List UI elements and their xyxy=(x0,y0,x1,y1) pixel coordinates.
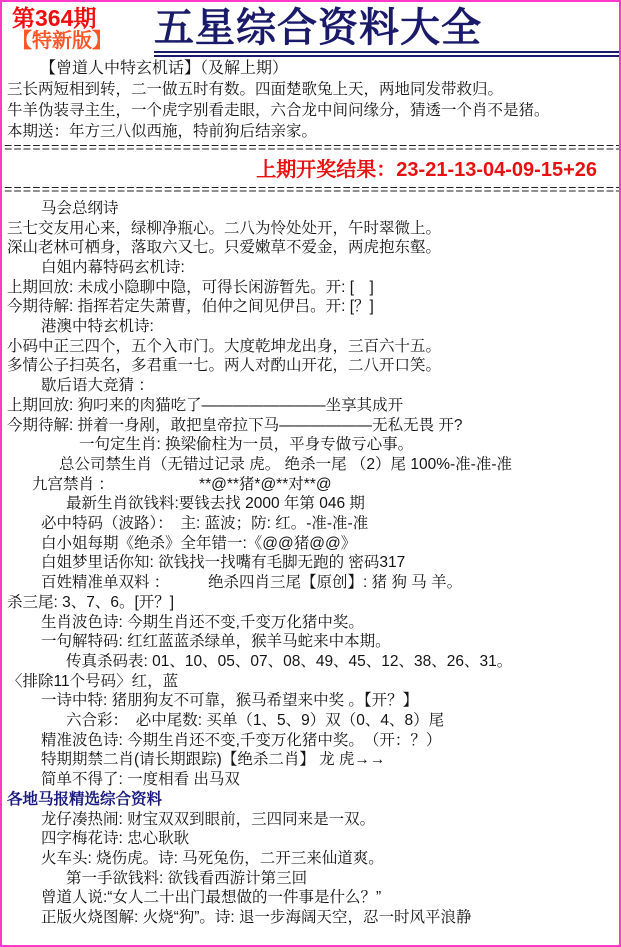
text-line: 一句定生肖: 换梁偷柱为一员，平身专做亏心事。 xyxy=(4,435,619,455)
last-draw-label: 上期开奖结果： xyxy=(256,159,396,181)
page-header: 第364期 【特新版】 五星综合资料大全 xyxy=(4,6,619,57)
text-line: 一诗中特: 猪朋狗友不可靠，猴马希望来中奖 。【开？】 xyxy=(4,691,619,711)
text-line: 传真杀码表: 01、10、05、07、08、49、45、12、38、26、31。 xyxy=(4,652,619,672)
text-line: 特期期禁二肖(请长期跟踪)【绝杀二肖】 龙 虎→→ xyxy=(4,750,619,770)
text-line: 三七交友用心来，绿柳净瓶心。二八为怜处处开，午时翠微上。 xyxy=(4,219,619,239)
text-line: 港澳中特玄机诗: xyxy=(4,317,619,337)
issue-number: 第364期 xyxy=(12,6,154,30)
text-line: 白姐梦里话你知: 欲钱找一找嘴有毛脚无跑的 密码317 xyxy=(4,553,619,573)
text-line: 曾道人说:“女人二十出门最想做的一件事是什么？” xyxy=(4,888,619,908)
text-line: 〈排除11个号码〉红，蓝 xyxy=(4,672,619,692)
text-line: 必中特码（波路）： 主: 蓝波；防: 红。-准-准-准 xyxy=(4,514,619,534)
separator-bottom: ========================================… xyxy=(4,185,619,198)
last-draw-numbers: 23-21-13-04-09-15+26 xyxy=(396,159,597,181)
text-line: 九宫禁肖 ： **@**猪*@**对**@ xyxy=(4,475,619,495)
edition-label: 【特新版】 xyxy=(12,30,154,53)
content-lines: 马会总纲诗三七交友用心来，绿柳净瓶心。二八为怜处处开，午时翠微上。深山老林可栖身… xyxy=(4,199,619,928)
intro-heading: 【曾道人中特玄机话】（及解上期） xyxy=(4,58,619,79)
text-line: 最新生肖欲钱料:要钱去找 2000 年第 046 期 xyxy=(4,494,619,514)
text-line: 火车头: 烧伤虎。诗: 马死兔伤，二开三来仙道爽。 xyxy=(4,849,619,869)
intro-lines: 三长两短相到转，二一做五时有数。四面楚歌兔上天，两地同发带救归。牛羊伪装寻主生，… xyxy=(4,79,619,142)
text-line: 多情公子扫英名，多君重一七。两人对酌山开花，二八开口笑。 xyxy=(4,356,619,376)
text-line: 第一手欲钱料: 欲钱看西游计第三回 xyxy=(4,869,619,889)
issue-block: 第364期 【特新版】 xyxy=(4,6,154,53)
last-draw-result: 上期开奖结果：23-21-13-04-09-15+26 xyxy=(4,157,619,184)
text-line: 简单不得了: 一度相看 出马双 xyxy=(4,770,619,790)
text-line: 马会总纲诗 xyxy=(4,199,619,219)
text-line: 白姐内幕特码玄机诗: xyxy=(4,258,619,278)
text-line: 百姓精准单双料 ： 绝杀四肖三尾【原创】: 猪 狗 马 羊。 xyxy=(4,573,619,593)
lottery-info-page: 第364期 【特新版】 五星综合资料大全 【曾道人中特玄机话】（及解上期） 三长… xyxy=(0,0,621,947)
text-line: 今期待解: 指挥若定失萧曹，伯仲之间见伊吕。开: [？] xyxy=(4,297,619,317)
text-line: 四字梅花诗: 忠心耿耿 xyxy=(4,829,619,849)
text-line: 今期待解: 拼着一身剐，敢把皇帝拉下马——————无私无畏 开? xyxy=(4,416,619,436)
text-line: 六合彩： 必中尾数: 买单（1、5、9）双（0、4、8）尾 xyxy=(4,711,619,731)
text-line: 上期回放: 未成小隐聊中隐，可得长闲游暂先。开: [ ] xyxy=(4,278,619,298)
text-line: 正版火烧图解: 火烧“狗”。诗: 退一步海阔天空，忍一时风平浪静 xyxy=(4,908,619,928)
text-line: 本期送：年方三八似西施，特前狗后结亲家。 xyxy=(4,121,619,142)
text-line: 歇后语大竞猜 ： xyxy=(4,376,619,396)
text-line: 深山老林可栖身，落取六又七。只爱嫩草不爱金，两虎抱东壑。 xyxy=(4,238,619,258)
text-line: 小码中正三四个，五个入市门。大度乾坤龙出身，三百六十五。 xyxy=(4,337,619,357)
section-heading: 各地马报精选综合资料 xyxy=(4,790,619,810)
text-line: 生肖波色诗: 今期生肖还不变,千变万化猪中奖。 xyxy=(4,613,619,633)
separator-top: ========================================… xyxy=(4,143,619,156)
text-line: 牛羊伪装寻主生，一个虎字别看走眼，六合龙中间问缘分，猜透一个肖不是猪。 xyxy=(4,100,619,121)
text-line: 上期回放: 狗叼来的肉猫吃了————————坐享其成开 xyxy=(4,396,619,416)
text-line: 杀三尾: 3、7、6。[开？] xyxy=(4,593,619,613)
text-line: 白小姐每期《绝杀》全年错一:《@@猪@@》 xyxy=(4,534,619,554)
text-line: 一句解特码: 红红蓝蓝杀绿单，猴羊马蛇来中本期。 xyxy=(4,632,619,652)
text-line: 精准波色诗: 今期生肖还不变,千变万化猪中奖。 （开：？） xyxy=(4,731,619,751)
page-title: 五星综合资料大全 xyxy=(154,6,619,57)
text-line: 龙仔凑热闹: 财宝双双到眼前，三四同来是一双。 xyxy=(4,810,619,830)
text-line: 三长两短相到转，二一做五时有数。四面楚歌兔上天，两地同发带救归。 xyxy=(4,79,619,100)
text-line: 总公司禁生肖（无错过记录 虎。 绝杀一尾 （2）尾 100%-准-准-准 xyxy=(4,455,619,475)
